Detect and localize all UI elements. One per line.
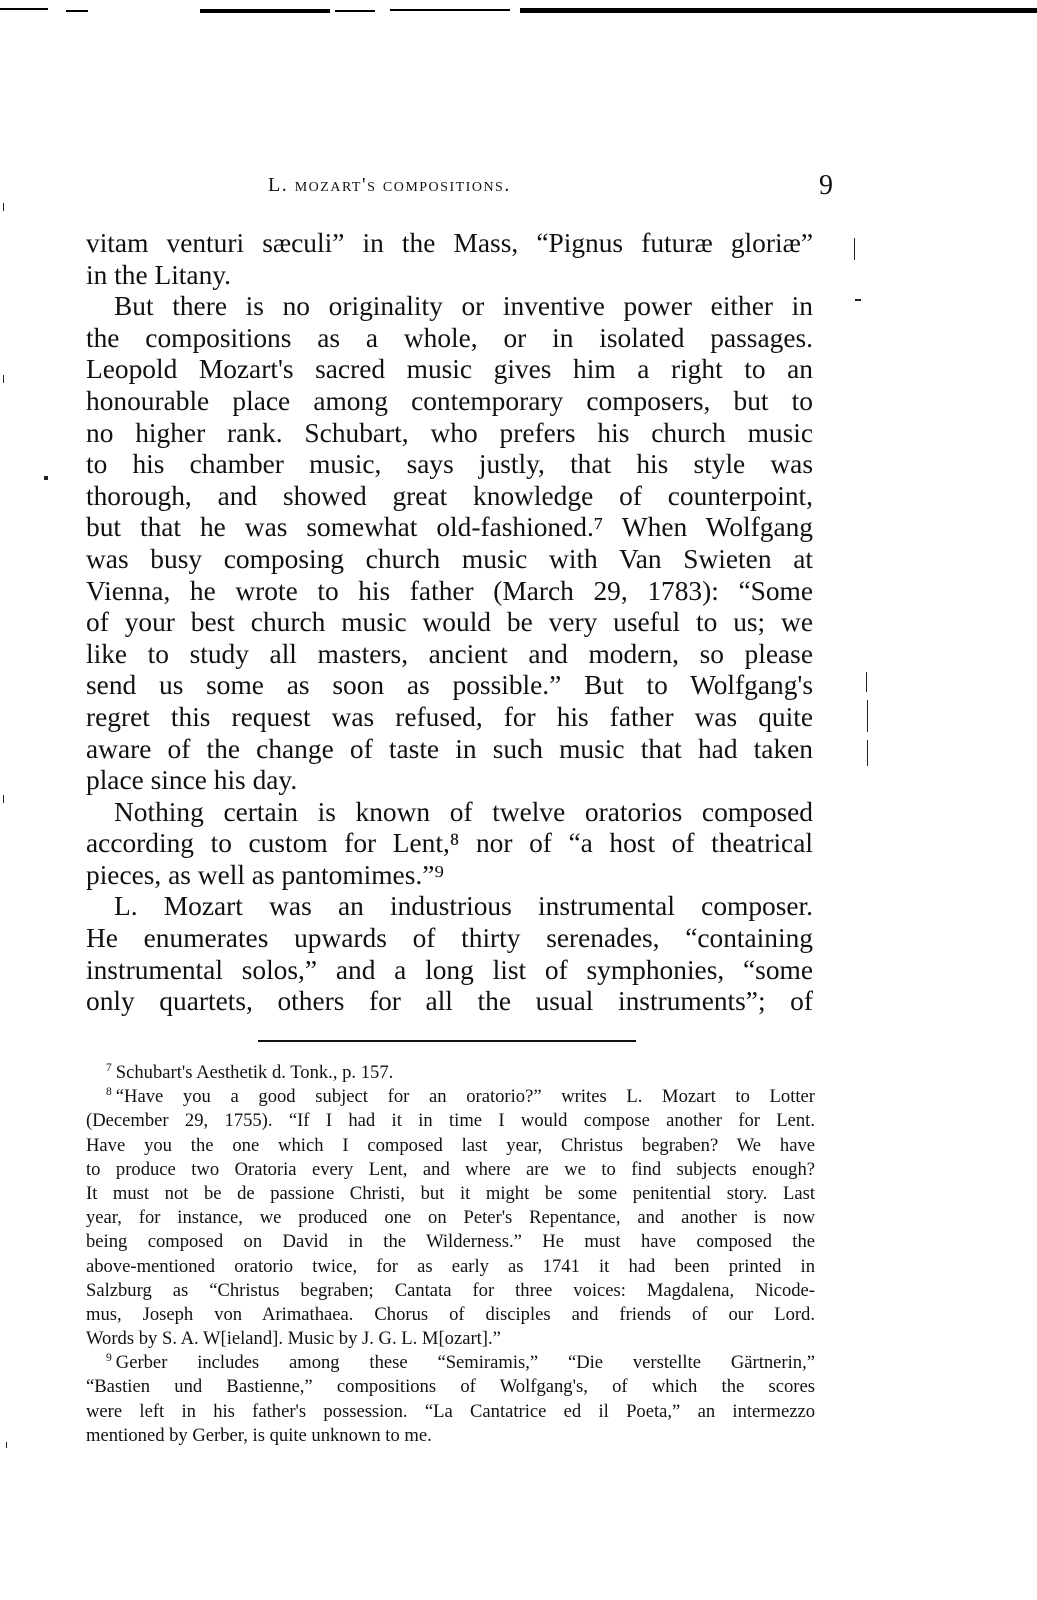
text-line: pieces, as well as pantomimes.”⁹ bbox=[86, 860, 813, 892]
footnote-line: year, for instance, we produced one on P… bbox=[86, 1206, 815, 1230]
footnote-line: above-mentioned oratorio twice, for as e… bbox=[86, 1255, 815, 1279]
text-line: thorough, and showed great knowledge of … bbox=[86, 481, 813, 513]
scan-mark bbox=[855, 299, 861, 301]
body-text: vitam venturi sæculi” in the Mass, “Pign… bbox=[86, 228, 813, 1018]
footnote-marker: 7 bbox=[106, 1062, 112, 1074]
footnote-line: (December 29, 1755). “If I had it in tim… bbox=[86, 1109, 815, 1133]
scan-artifact-top-edge bbox=[0, 0, 1037, 22]
text-line: place since his day. bbox=[86, 765, 813, 797]
footnote-line: “Bastien und Bastienne,” compositions of… bbox=[86, 1375, 815, 1399]
footnote-separator-rule bbox=[258, 1040, 636, 1042]
scan-mark bbox=[6, 1442, 7, 1448]
scan-mark bbox=[3, 203, 4, 211]
text-line: in the Litany. bbox=[86, 260, 813, 292]
running-title: L. Mozart's Compositions. bbox=[268, 174, 511, 197]
footnote-line: were left in his father's possession. “L… bbox=[86, 1400, 815, 1424]
text-line: was busy composing church music with Van… bbox=[86, 544, 813, 576]
footnote-line: Salzburg as “Christus begraben; Cantata … bbox=[86, 1279, 815, 1303]
footnote-line: being composed on David in the Wildernes… bbox=[86, 1230, 815, 1254]
footnote-line: 7Schubart's Aesthetik d. Tonk., p. 157. bbox=[86, 1061, 815, 1085]
paragraph-start-line: L. Mozart was an industrious instrumenta… bbox=[86, 891, 813, 923]
text-line: the compositions as a whole, or in isola… bbox=[86, 323, 813, 355]
footnote-line: It must not be de passione Christi, but … bbox=[86, 1182, 815, 1206]
scan-mark bbox=[867, 700, 868, 732]
footnote-8: 8“Have you a good subject for an oratori… bbox=[86, 1085, 815, 1351]
text-line: regret this request was refused, for his… bbox=[86, 702, 813, 734]
page-number: 9 bbox=[819, 170, 833, 202]
running-head: L. Mozart's Compositions. 9 bbox=[268, 170, 833, 210]
footnote-marker: 8 bbox=[106, 1086, 112, 1098]
text-line: aware of the change of taste in such mus… bbox=[86, 734, 813, 766]
footnote-line: Words by S. A. W[ieland]. Music by J. G.… bbox=[86, 1327, 815, 1351]
footnote-9: 9Gerber includes among these “Semiramis,… bbox=[86, 1351, 815, 1448]
footnotes: 7Schubart's Aesthetik d. Tonk., p. 157. … bbox=[86, 1061, 815, 1448]
scan-mark bbox=[3, 375, 4, 383]
scan-mark bbox=[867, 740, 868, 766]
text-line: but that he was somewhat old-fashioned.⁷… bbox=[86, 512, 813, 544]
scan-mark bbox=[3, 795, 4, 803]
scan-mark bbox=[44, 476, 48, 480]
text-line: send us some as soon as possible.” But t… bbox=[86, 670, 813, 702]
text-line: vitam venturi sæculi” in the Mass, “Pign… bbox=[86, 228, 813, 260]
scan-mark bbox=[854, 238, 855, 260]
text-line: Leopold Mozart's sacred music gives him … bbox=[86, 354, 813, 386]
text-line: no higher rank. Schubart, who prefers hi… bbox=[86, 418, 813, 450]
text-line: to his chamber music, says justly, that … bbox=[86, 449, 813, 481]
footnote-line: mentioned by Gerber, is quite unknown to… bbox=[86, 1424, 815, 1448]
footnote-marker: 9 bbox=[106, 1352, 112, 1364]
footnote-line: mus, Joseph von Arimathaea. Chorus of di… bbox=[86, 1303, 815, 1327]
footnote-line: 8“Have you a good subject for an oratori… bbox=[86, 1085, 815, 1109]
text-line: of your best church music would be very … bbox=[86, 607, 813, 639]
paragraph-start-line: Nothing certain is known of twelve orato… bbox=[86, 797, 813, 829]
footnote-line: Have you the one which I composed last y… bbox=[86, 1134, 815, 1158]
text-line: Vienna, he wrote to his father (March 29… bbox=[86, 576, 813, 608]
text-line: according to custom for Lent,⁸ nor of “a… bbox=[86, 828, 813, 860]
footnote-line: 9Gerber includes among these “Semiramis,… bbox=[86, 1351, 815, 1375]
text-line: He enumerates upwards of thirty serenade… bbox=[86, 923, 813, 955]
footnote-7: 7Schubart's Aesthetik d. Tonk., p. 157. bbox=[86, 1061, 815, 1085]
scan-mark bbox=[866, 672, 867, 692]
text-line: honourable place among contemporary comp… bbox=[86, 386, 813, 418]
text-line: like to study all masters, ancient and m… bbox=[86, 639, 813, 671]
footnote-line: to produce two Oratoria every Lent, and … bbox=[86, 1158, 815, 1182]
paragraph-start-line: But there is no originality or inventive… bbox=[86, 291, 813, 323]
text-line: only quartets, others for all the usual … bbox=[86, 986, 813, 1018]
text-line: instrumental solos,” and a long list of … bbox=[86, 955, 813, 987]
